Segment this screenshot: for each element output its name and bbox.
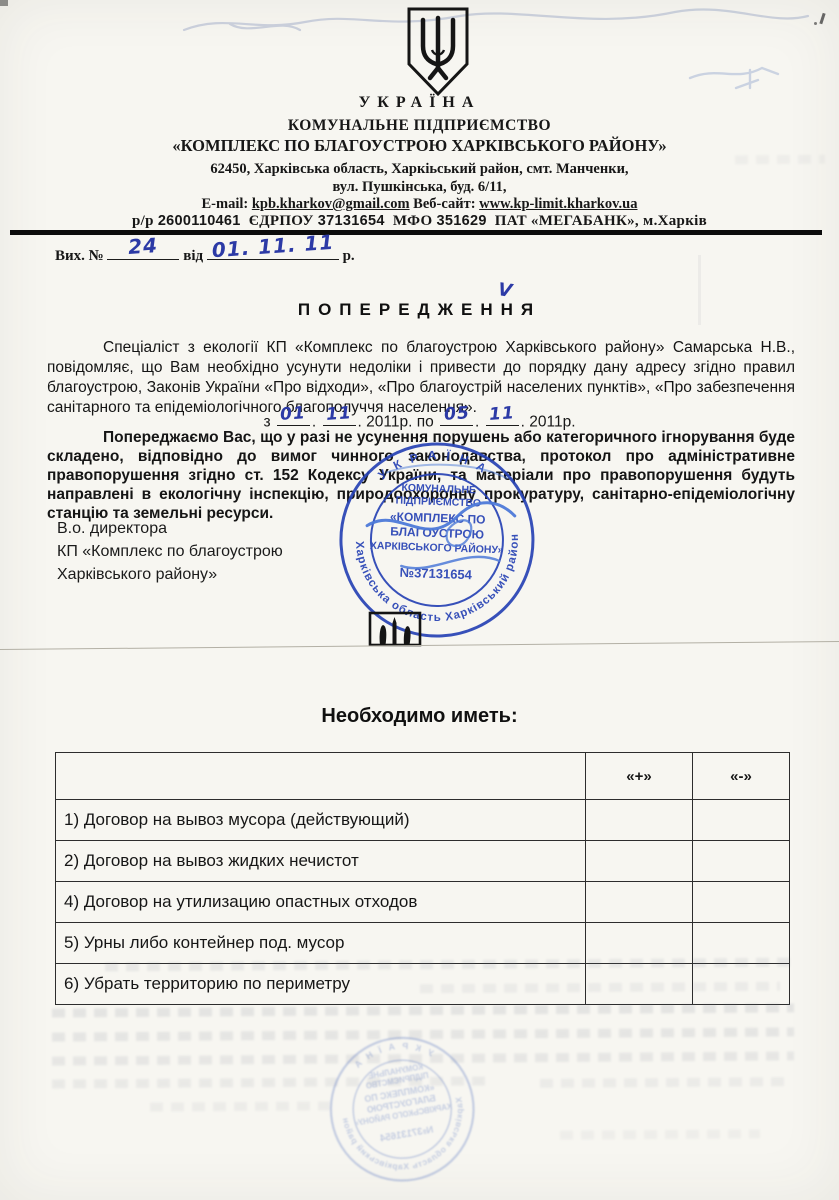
requirement-item: 5) Урны либо контейнер под. мусор: [56, 923, 586, 964]
official-round-stamp: У К Р А Ї Н А Харківська область Харківс…: [325, 431, 551, 652]
email-label: E-mail:: [201, 196, 248, 212]
web-label: Веб-сайт:: [413, 196, 475, 212]
ref-suffix: р.: [343, 248, 355, 264]
ghost-text-line: [735, 155, 825, 165]
plus-column-header: «+»: [586, 753, 693, 800]
edrpou-label: ЄДРПОУ: [249, 213, 314, 229]
minus-cell[interactable]: [693, 841, 790, 882]
ref-prefix: Вих. №: [55, 248, 104, 264]
ghost-text-line: [52, 1003, 794, 1017]
body-paragraph-1: Спеціаліст з екології КП «Комплекс по бл…: [47, 338, 795, 418]
from-month-blank: 11: [323, 409, 356, 426]
handwritten-to-day: 05: [443, 403, 470, 425]
handwritten-from-day: 01: [280, 403, 307, 425]
ghost-stamp: У К Р А Ї Н А Харківська область Харківс…: [310, 1019, 495, 1200]
edrpou-number: 37131654: [318, 213, 385, 229]
plus-cell[interactable]: [586, 882, 693, 923]
letterhead-org-name: «КОМПЛЕКС ПО БЛАГОУСТРОЮ ХАРКІВСЬКОГО РА…: [0, 136, 839, 156]
ref-date-blank: 01. 11. 11: [207, 243, 339, 260]
table-row: 1) Договор на вывоз мусора (действующий): [56, 800, 790, 841]
minus-column-header: «-»: [693, 753, 790, 800]
letterhead-contacts: E-mail: kpb.kharkov@gmail.com Веб-сайт: …: [0, 196, 839, 213]
table-row: 4) Договор на утилизацию опастных отходо…: [56, 882, 790, 923]
website-link[interactable]: www.kp-limit.kharkov.ua: [479, 196, 637, 212]
handwritten-from-month: 11: [325, 403, 352, 425]
signer-org-line2: Харківського району»: [57, 563, 283, 586]
handwritten-to-month: 11: [489, 403, 516, 425]
from-day-blank: 01: [277, 409, 310, 426]
table-row: 5) Урны либо контейнер под. мусор: [56, 923, 790, 964]
bank-account-number: 2600110461: [158, 213, 241, 229]
to-day-blank: 05: [440, 409, 473, 426]
minus-cell[interactable]: [693, 800, 790, 841]
scanned-document: УКРАЇНА КОМУНАЛЬНЕ ПІДПРИЄМСТВО «КОМПЛЕК…: [0, 0, 839, 1200]
to-month-blank: 11: [486, 409, 519, 426]
letterhead-address-line1: 62450, Харківська область, Харкіьський р…: [0, 161, 839, 178]
letterhead-bank-line: р/р 2600110461 ЄДРПОУ 37131654 МФО 35162…: [0, 213, 839, 230]
requirements-heading: Необходимо иметь:: [0, 705, 839, 728]
bank-account-label: р/р: [132, 213, 154, 229]
table-header-row: «+» «-»: [56, 753, 790, 800]
ghost-text-line: [560, 1129, 760, 1139]
ref-number-blank: 24: [107, 243, 179, 260]
table-row: 2) Договор на вывоз жидких нечистот: [56, 841, 790, 882]
outgoing-ref-line: Вих. № 24 від 01. 11. 11 р.: [55, 243, 355, 265]
bank-name: ПАТ «МЕГАБАНК»,: [495, 213, 639, 229]
handwritten-ref-number: 24: [128, 233, 159, 259]
scan-pen-dot: [814, 22, 817, 25]
letterhead-country: УКРАЇНА: [0, 94, 839, 112]
ghost-text-line: [150, 1101, 330, 1111]
ghost-text-line: [540, 1077, 790, 1088]
signer-org-line1: КП «Комплекс по благоустрою: [57, 540, 283, 563]
signer-position: В.о. директора: [57, 517, 283, 540]
partial-trident-icon: [368, 611, 422, 647]
mfo-number: 351629: [437, 213, 487, 229]
document-title: ПОПЕРЕДЖЕННЯ: [0, 300, 839, 320]
requirement-item: 4) Договор на утилизацию опастных отходо…: [56, 882, 586, 923]
plus-cell[interactable]: [586, 800, 693, 841]
letterhead-org-type: КОМУНАЛЬНЕ ПІДПРИЄМСТВО: [0, 117, 839, 135]
minus-cell[interactable]: [693, 882, 790, 923]
ghost-stamp-number: №37131654: [379, 1124, 434, 1144]
plus-cell[interactable]: [586, 841, 693, 882]
ghost-table-line: [698, 255, 701, 325]
signature-block: В.о. директора КП «Комплекс по благоустр…: [57, 517, 283, 586]
ukraine-trident-icon: [404, 6, 472, 98]
email-link[interactable]: kpb.kharkov@gmail.com: [252, 196, 410, 212]
ref-from-label: від: [183, 248, 203, 264]
requirement-item: 2) Договор на вывоз жидких нечистот: [56, 841, 586, 882]
letterhead-address-line2: вул. Пушкінська, буд. 6/11,: [0, 179, 839, 196]
pen-checkmark: V: [497, 279, 514, 302]
item-column-header: [56, 753, 586, 800]
requirement-item: 1) Договор на вывоз мусора (действующий): [56, 800, 586, 841]
mfo-label: МФО: [393, 213, 433, 229]
scan-corner-artifact: [0, 0, 8, 6]
bank-city: м.Харків: [643, 213, 707, 229]
plus-cell[interactable]: [586, 923, 693, 964]
